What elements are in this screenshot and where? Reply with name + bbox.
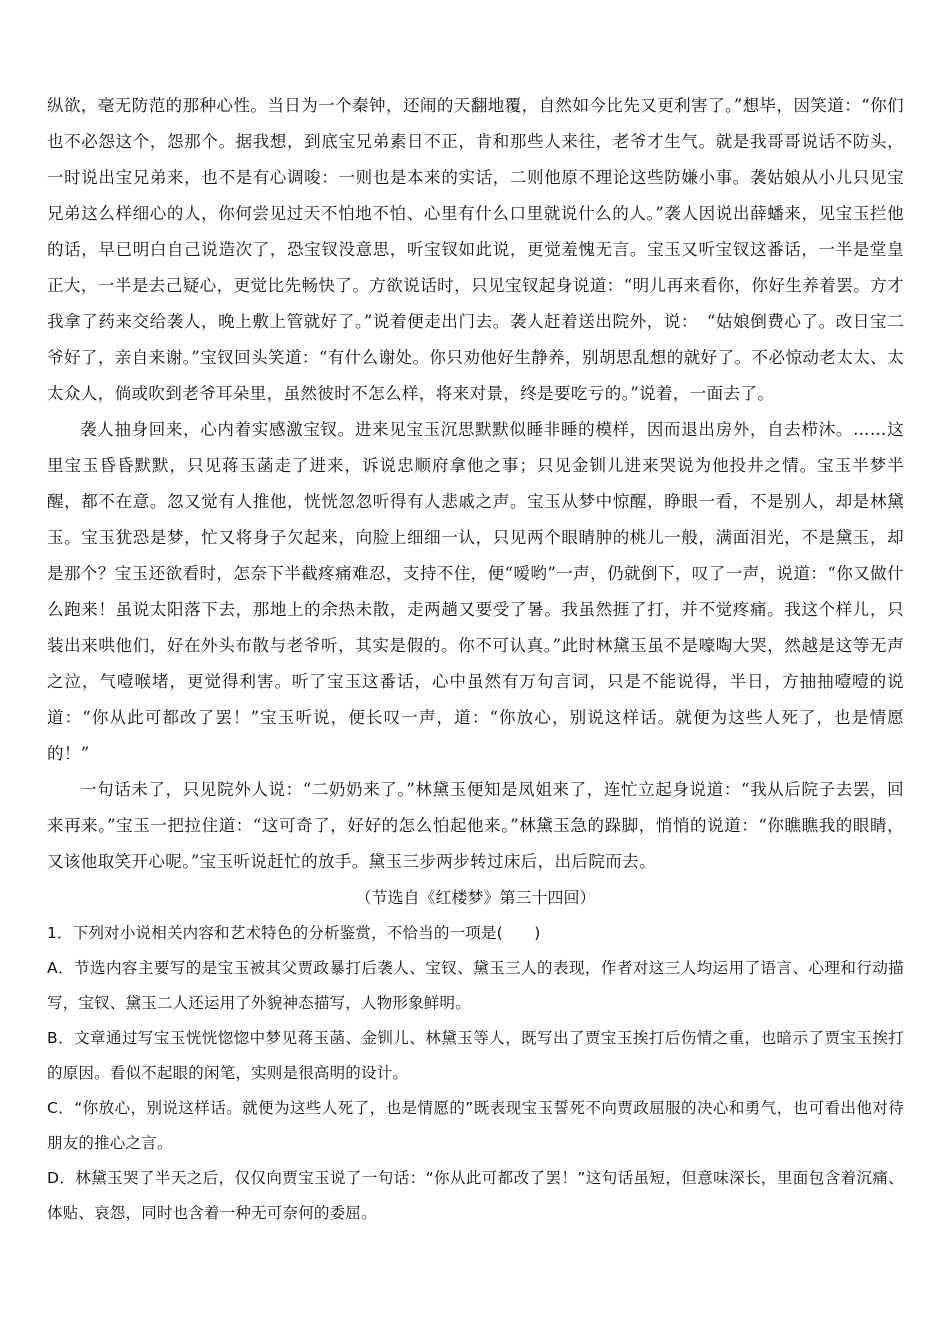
option-b: B．文章通过写宝玉恍恍惚惚中梦见蒋玉菡、金钏儿、林黛玉等人，既写出了贾宝玉挨打后… [47,1021,904,1091]
option-d: D．林黛玉哭了半天之后，仅仅向贾宝玉说了一句话：“你从此可都改了罢！”这句话虽短… [47,1161,904,1231]
passage-paragraph-2: 袭人抽身回来，心内着实感激宝钗。进来见宝玉沉思默默似睡非睡的模样，因而退出房外，… [47,412,904,772]
option-a: A．节选内容主要写的是宝玉被其父贾政暴打后袭人、宝钗、黛玉三人的表现，作者对这三… [47,951,904,1021]
passage-source: （节选自《红楼梦》第三十四回） [47,880,904,916]
document-page: 纵欲，毫无防范的那种心性。当日为一个秦钟，还闹的天翻地覆，自然如今比先又更利害了… [47,88,904,1231]
passage-paragraph-3: 一句话未了，只见院外人说：“二奶奶来了。”林黛玉便知是凤姐来了，连忙立起身说道：… [47,772,904,880]
option-c: C．“你放心，别说这样话。就便为这些人死了，也是情愿的”既表现宝玉誓死不向贾政屈… [47,1091,904,1161]
question-stem: 1．下列对小说相关内容和艺术特色的分析鉴赏，不恰当的一项是( ) [47,916,904,951]
passage-paragraph-1: 纵欲，毫无防范的那种心性。当日为一个秦钟，还闹的天翻地覆，自然如今比先又更利害了… [47,88,904,412]
